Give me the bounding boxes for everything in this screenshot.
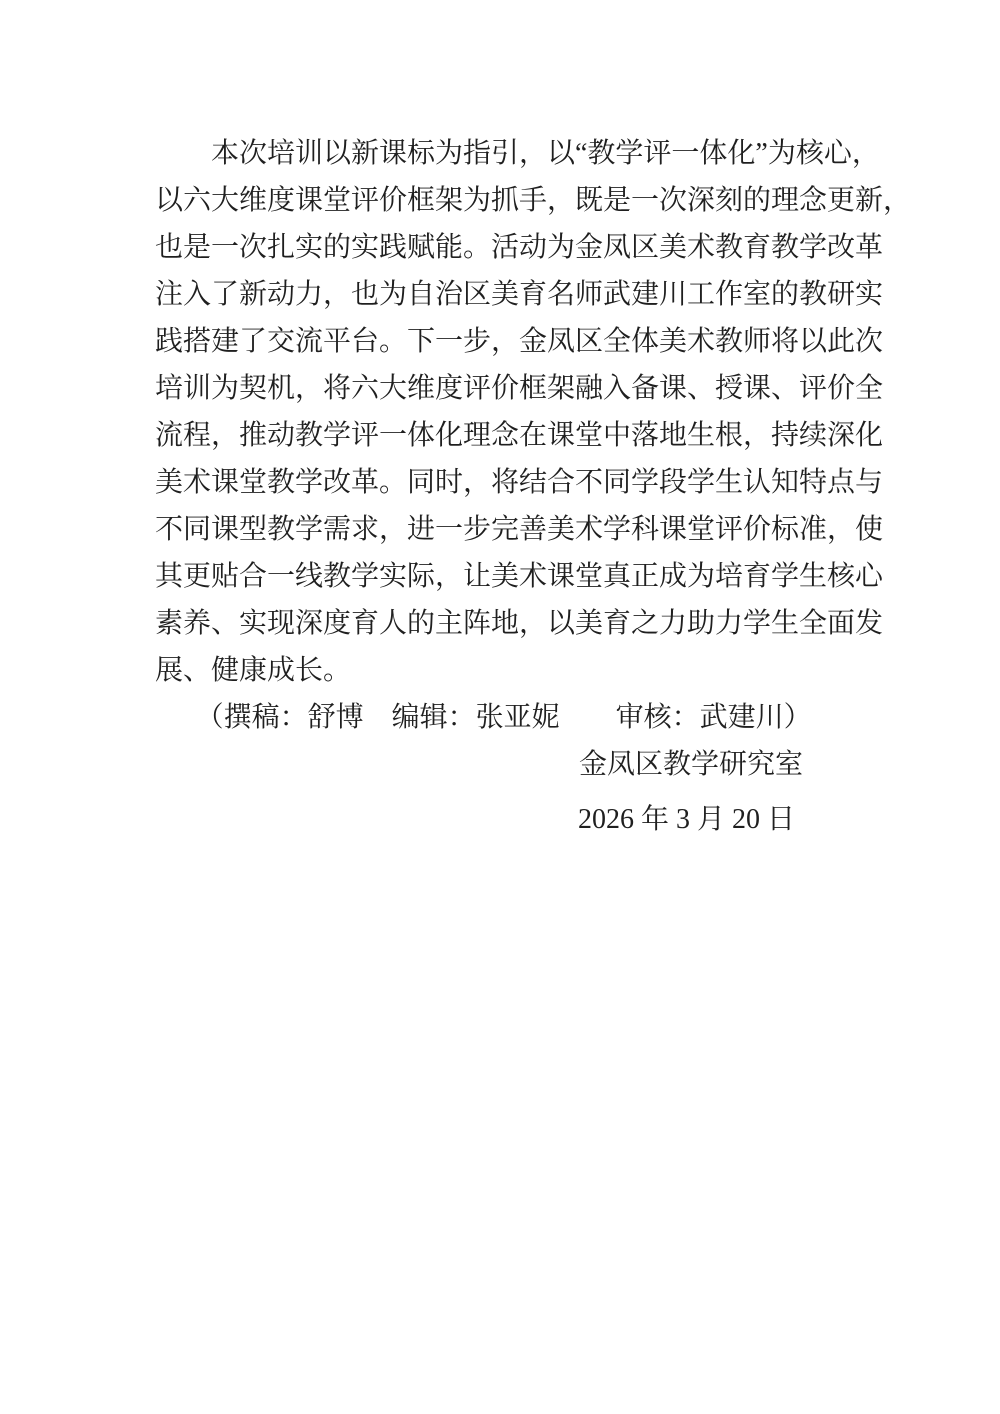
paragraph-line: 展、健康成长。 (155, 647, 860, 694)
document-page: 本次培训以新课标为指引，以“教学评一体化”为核心， 以六大维度课堂评价框架为抓手… (0, 0, 1000, 1414)
paragraph-line: 践搭建了交流平台。下一步，金凤区全体美术教师将以此次 (155, 318, 860, 365)
paragraph-line: 不同课型教学需求，进一步完善美术学科课堂评价标准，使 (155, 506, 860, 553)
paragraph-line: 注入了新动力，也为自治区美育名师武建川工作室的教研实 (155, 271, 860, 318)
paragraph-line: 流程，推动教学评一体化理念在课堂中落地生根，持续深化 (155, 412, 860, 459)
paragraph-line: 素养、实现深度育人的主阵地，以美育之力助力学生全面发 (155, 600, 860, 647)
paragraph-line: 也是一次扎实的实践赋能。活动为金凤区美术教育教学改革 (155, 224, 860, 271)
paragraph-line: 美术课堂教学改革。同时，将结合不同学段学生认知特点与 (155, 459, 860, 506)
paragraph-line: 本次培训以新课标为指引，以“教学评一体化”为核心， (155, 130, 860, 177)
paragraph-line: 其更贴合一线教学实际，让美术课堂真正成为培育学生核心 (155, 553, 860, 600)
document-body: 本次培训以新课标为指引，以“教学评一体化”为核心， 以六大维度课堂评价框架为抓手… (155, 130, 860, 843)
organization-line: 金凤区教学研究室 (155, 741, 860, 788)
paragraph-line: 以六大维度课堂评价框架为抓手，既是一次深刻的理念更新， (155, 177, 860, 224)
paragraph-line: 培训为契机，将六大维度评价框架融入备课、授课、评价全 (155, 365, 860, 412)
signature-line: （撰稿：舒博 编辑：张亚妮 审核：武建川） (155, 694, 860, 741)
date-line: 2026 年 3 月 20 日 (155, 796, 860, 843)
